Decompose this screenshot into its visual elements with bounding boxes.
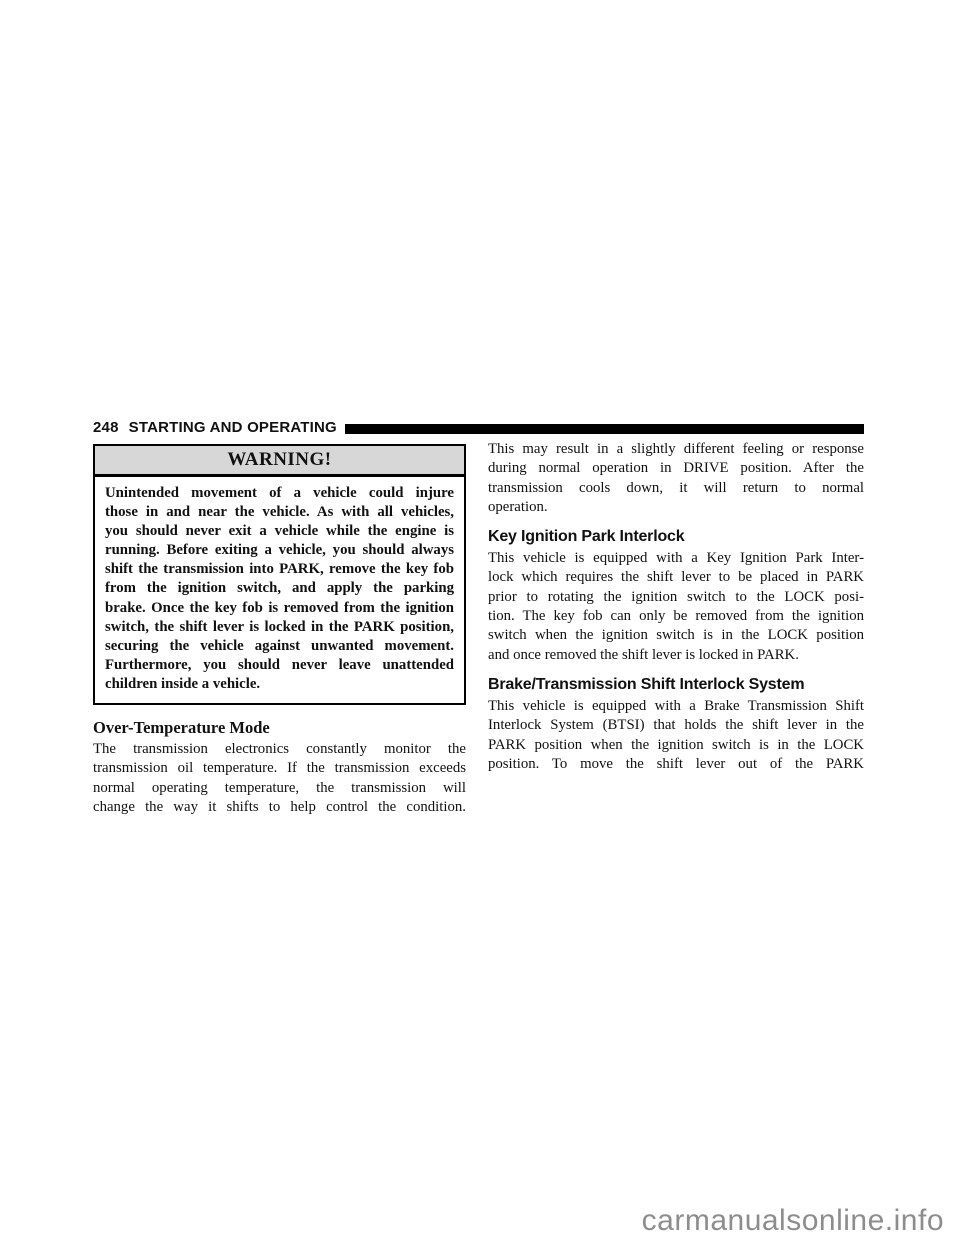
text-line: switch when the ignition switch is in th… (488, 626, 864, 645)
key-ignition-paragraph: This vehicle is equipped with a Key Igni… (488, 549, 864, 665)
btsi-paragraph: This vehicle is equipped with a Brake Tr… (488, 697, 864, 774)
text-line: This vehicle is equipped with a Brake Tr… (488, 697, 864, 716)
warning-box: WARNING! Unintended movement of a vehicl… (93, 444, 466, 705)
running-header: 248 STARTING AND OPERATING (93, 419, 864, 436)
text-line: and once removed the shift lever is lock… (488, 646, 864, 665)
chapter-title: STARTING AND OPERATING (129, 419, 337, 436)
page-number: 248 (93, 419, 119, 436)
right-column: This may result in a slightly different … (488, 440, 864, 774)
manual-page: 248 STARTING AND OPERATING WARNING! Unin… (0, 0, 960, 1242)
text-line: Unintended movement of a vehicle could i… (105, 484, 454, 503)
text-line: running. Before exiting a vehicle, you s… (105, 541, 454, 560)
drive-response-paragraph: This may result in a slightly different … (488, 440, 864, 517)
header-rule-bar (345, 424, 864, 434)
text-line: PARK position when the ignition switch i… (488, 736, 864, 755)
text-line: position. To move the shift lever out of… (488, 755, 864, 774)
text-line: those in and near the vehicle. As with a… (105, 503, 454, 522)
text-line: This vehicle is equipped with a Key Igni… (488, 549, 864, 568)
text-line: prior to rotating the ignition switch to… (488, 588, 864, 607)
text-line: Interlock System (BTSI) that holds the s… (488, 716, 864, 735)
text-line: operation. (488, 498, 864, 517)
text-line: shift the transmission into PARK, remove… (105, 560, 454, 579)
text-line: during normal operation in DRIVE positio… (488, 459, 864, 478)
text-line: The transmission electronics constantly … (93, 740, 466, 759)
section-heading-key-ignition-park-interlock: Key Ignition Park Interlock (488, 528, 864, 546)
text-line: lock which requires the shift lever to b… (488, 568, 864, 587)
section-heading-brake-transmission-shift-interlock: Brake/Transmission Shift Interlock Syste… (488, 676, 864, 694)
text-line: normal operating temperature, the transm… (93, 779, 466, 798)
warning-box-body: Unintended movement of a vehicle could i… (95, 477, 464, 703)
section-heading-over-temperature-mode: Over-Temperature Mode (93, 718, 466, 738)
watermark-text: carmanualsonline.info (642, 1204, 944, 1238)
text-line: This may result in a slightly different … (488, 440, 864, 459)
text-line: Furthermore, you should never leave unat… (105, 656, 454, 675)
text-line: brake. Once the key fob is removed from … (105, 599, 454, 618)
text-line: you should never exit a vehicle while th… (105, 522, 454, 541)
over-temperature-paragraph: The transmission electronics constantly … (93, 740, 466, 817)
warning-box-title: WARNING! (95, 446, 464, 477)
text-line: switch, the shift lever is locked in the… (105, 618, 454, 637)
text-line: children inside a vehicle. (105, 675, 454, 694)
text-line: from the ignition switch, and apply the … (105, 579, 454, 598)
text-line: change the way it shifts to help control… (93, 798, 466, 817)
text-line: transmission oil temperature. If the tra… (93, 759, 466, 778)
text-line: tion. The key fob can only be removed fr… (488, 607, 864, 626)
text-line: transmission cools down, it will return … (488, 479, 864, 498)
text-line: securing the vehicle against unwanted mo… (105, 637, 454, 656)
left-column: WARNING! Unintended movement of a vehicl… (93, 444, 466, 817)
